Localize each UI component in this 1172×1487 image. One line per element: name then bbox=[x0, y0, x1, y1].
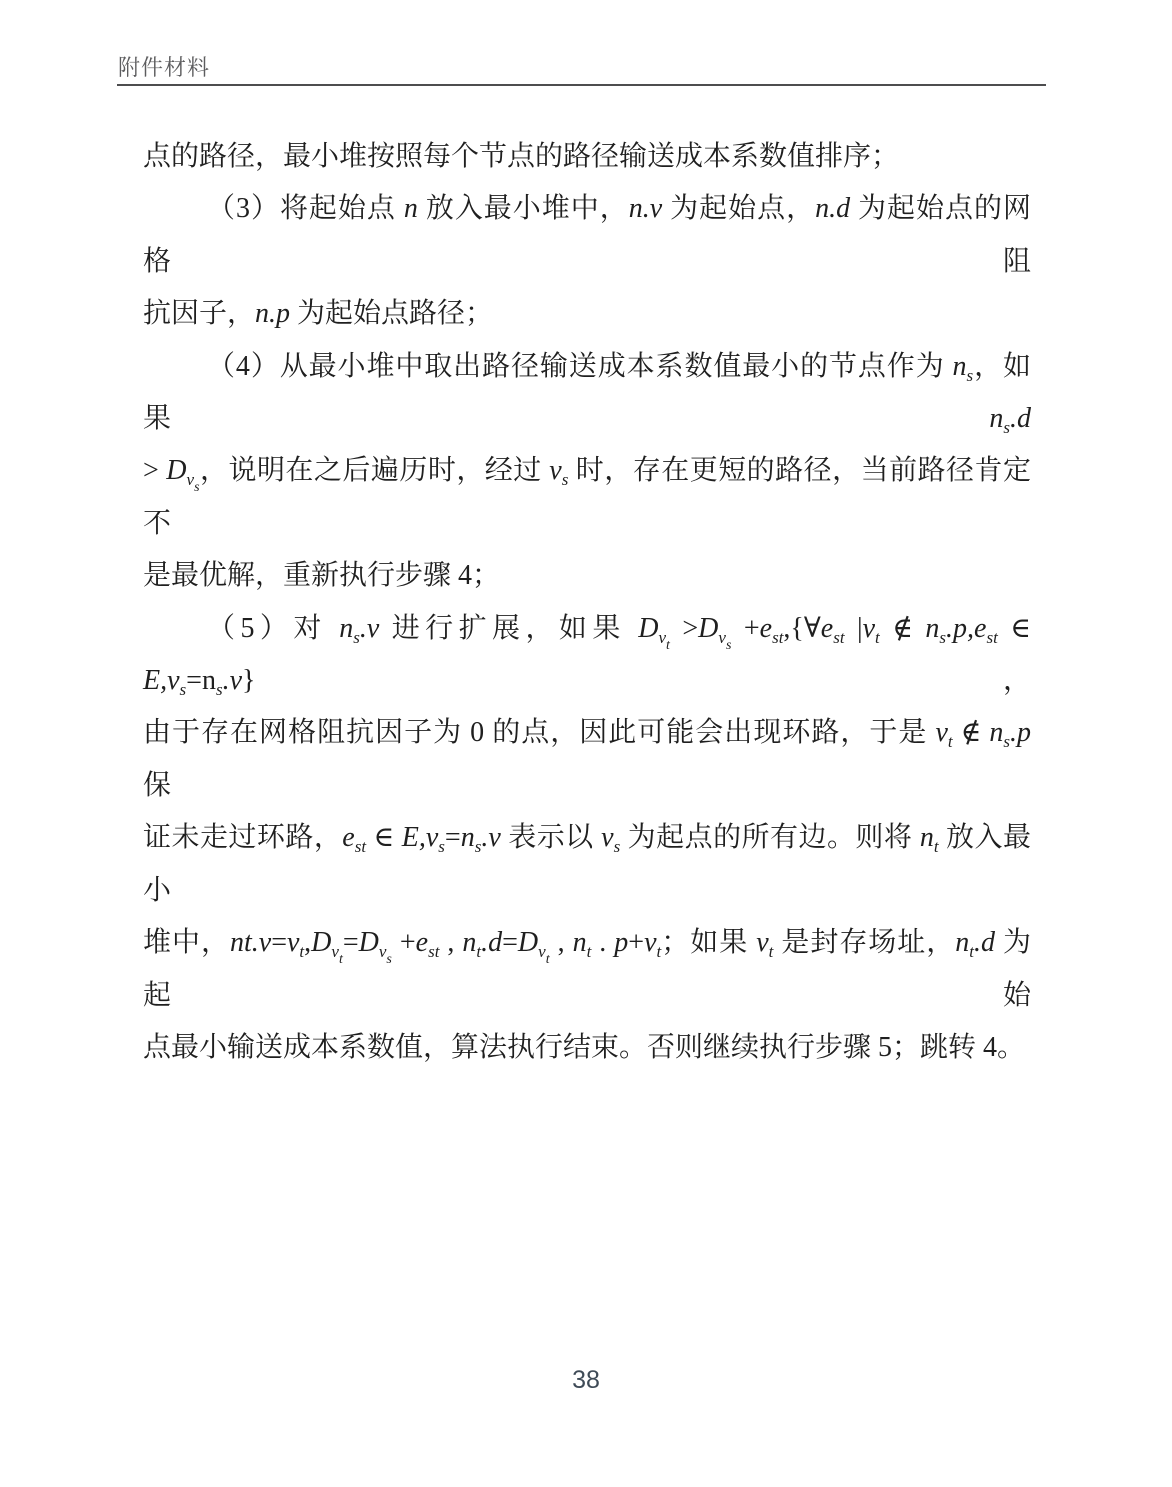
text-run: E,v bbox=[402, 822, 439, 853]
text-run: st bbox=[428, 942, 439, 961]
text-run: n bbox=[989, 403, 1003, 434]
text-run: . bbox=[591, 927, 614, 958]
page-number: 38 bbox=[0, 1366, 1172, 1395]
text-line: 由于存在网格阻抗因子为 0 的点，因此可能会出现环路，于是 vt ∉ ns.p … bbox=[143, 707, 1031, 812]
text-run: .d bbox=[974, 927, 995, 958]
text-run: e bbox=[342, 822, 354, 853]
text-line: 堆中，nt.v=vt,Dvt=Dvs +est , nt.d=Dvt , nt … bbox=[143, 917, 1031, 1022]
text-run: s bbox=[1003, 732, 1010, 751]
text-run: st bbox=[833, 628, 844, 647]
text-run: + bbox=[392, 927, 416, 958]
text-run: =n bbox=[186, 665, 216, 696]
text-run: n bbox=[462, 927, 476, 958]
text-run: n bbox=[989, 717, 1003, 748]
text-run: （3）将起始点 bbox=[207, 193, 404, 224]
text-run: n bbox=[955, 927, 969, 958]
text-run: n bbox=[404, 193, 418, 224]
text-line: > Dvs，说明在之后遍历时，经过 vs 时，存在更短的路径，当前路径肯定不 bbox=[143, 445, 1031, 550]
text-run: v bbox=[644, 927, 656, 958]
text-run: 是最优解，重新执行步骤 4； bbox=[143, 560, 500, 591]
text-run: v bbox=[549, 455, 561, 486]
text-run: .d bbox=[1010, 403, 1031, 434]
text-run: s bbox=[1003, 418, 1010, 437]
text-run: , bbox=[439, 927, 462, 958]
text-run: n.p bbox=[255, 298, 290, 329]
text-run: e bbox=[416, 927, 428, 958]
text-run: 由于存在网格阻抗因子为 0 的点，因此可能会出现环路，于是 bbox=[143, 717, 935, 748]
text-run: > bbox=[143, 455, 166, 486]
text-run: | bbox=[845, 613, 863, 644]
text-line: 抗因子，n.p 为起始点路径； bbox=[143, 288, 1031, 340]
text-run: 保 bbox=[143, 770, 171, 801]
text-run: n.d bbox=[815, 193, 850, 224]
text-line: （5）对 ns.v 进行扩展，如果 Dvt >Dvs +est,{∀est |v… bbox=[143, 603, 1031, 708]
text-line: （3）将起始点 n 放入最小堆中，n.v 为起始点，n.d 为起始点的网格阻 bbox=[143, 183, 1031, 288]
text-line: 证未走过环路，est ∈ E,vs=ns.v 表示以 vs 为起点的所有边。则将… bbox=[143, 812, 1031, 917]
text-run: v bbox=[187, 470, 195, 489]
header-rule bbox=[117, 84, 1046, 86]
text-run: s bbox=[353, 628, 360, 647]
text-run: ∉ bbox=[880, 613, 926, 644]
text-line: 是最优解，重新执行步骤 4； bbox=[143, 550, 1031, 602]
text-run: v bbox=[863, 613, 875, 644]
text-run: s bbox=[216, 680, 223, 699]
text-run: .p bbox=[1010, 717, 1031, 748]
text-run: （4）从最小堆中取出路径输送成本系数值最小的节点作为 bbox=[207, 351, 953, 382]
text-run: 是封存场址， bbox=[773, 927, 955, 958]
text-run: n bbox=[953, 351, 967, 382]
text-run: ∈ bbox=[998, 613, 1031, 644]
text-run: E,v bbox=[143, 665, 180, 696]
text-run: v bbox=[287, 927, 299, 958]
text-run: 点最小输送成本系数值，算法执行结束。否则继续执行步骤 5；跳转 4。 bbox=[143, 1032, 1025, 1063]
text-run: + bbox=[628, 927, 644, 958]
text-run: v bbox=[601, 822, 613, 853]
text-run: 为起始点， bbox=[662, 193, 815, 224]
text-run: D bbox=[311, 927, 331, 958]
text-run: 放入最小堆中， bbox=[418, 193, 629, 224]
text-run: st bbox=[986, 628, 997, 647]
text-run: D bbox=[698, 613, 718, 644]
text-run: v bbox=[659, 628, 667, 647]
text-line: （4）从最小堆中取出路径输送成本系数值最小的节点作为 ns，如果 ns.d bbox=[143, 341, 1031, 446]
text-run: + bbox=[731, 613, 759, 644]
text-run: 表示以 bbox=[501, 822, 601, 853]
text-run: .v bbox=[360, 613, 379, 644]
text-run: 点的路径，最小堆按照每个节点的路径输送成本系数值排序； bbox=[143, 141, 899, 172]
text-run: v bbox=[538, 942, 546, 961]
text-line: 点最小输送成本系数值，算法执行结束。否则继续执行步骤 5；跳转 4。 bbox=[143, 1022, 1031, 1074]
text-run: e bbox=[821, 613, 833, 644]
document-body: 点的路径，最小堆按照每个节点的路径输送成本系数值排序；（3）将起始点 n 放入最… bbox=[143, 131, 1031, 1074]
text-run: 证未走过环路， bbox=[143, 822, 342, 853]
text-run: 抗因子， bbox=[143, 298, 255, 329]
text-run: v bbox=[756, 927, 768, 958]
text-run: = bbox=[445, 822, 461, 853]
document-page: 附件材料 点的路径，最小堆按照每个节点的路径输送成本系数值排序；（3）将起始点 … bbox=[0, 0, 1172, 1487]
text-run: v bbox=[718, 628, 726, 647]
text-run: n.v bbox=[629, 193, 662, 224]
text-run: 堆中， bbox=[143, 927, 230, 958]
text-run: st bbox=[355, 837, 366, 856]
text-run: n bbox=[339, 613, 353, 644]
text-run: 为起始点路径； bbox=[290, 298, 493, 329]
text-run: v bbox=[331, 942, 339, 961]
text-run: 为起点的所有边。则将 bbox=[620, 822, 920, 853]
text-run: st bbox=[772, 628, 783, 647]
text-run: = bbox=[271, 927, 287, 958]
text-run: v bbox=[935, 717, 947, 748]
text-run: n bbox=[573, 927, 587, 958]
text-line: 点的路径，最小堆按照每个节点的路径输送成本系数值排序； bbox=[143, 131, 1031, 183]
text-run: .p,e bbox=[946, 613, 986, 644]
text-run: }， bbox=[242, 665, 1031, 696]
text-run: D bbox=[359, 927, 379, 958]
text-run: 进行扩展，如果 bbox=[379, 613, 638, 644]
text-run: ；如果 bbox=[661, 927, 756, 958]
text-run: .v bbox=[223, 665, 242, 696]
text-run: D bbox=[518, 927, 538, 958]
text-run: n bbox=[920, 822, 934, 853]
text-run: .v bbox=[481, 822, 500, 853]
text-run: = bbox=[343, 927, 359, 958]
text-run: ,{∀ bbox=[783, 613, 820, 644]
text-run: s bbox=[438, 837, 445, 856]
text-run: ，说明在之后遍历时，经过 bbox=[200, 455, 550, 486]
text-run: n bbox=[461, 822, 475, 853]
text-run: D bbox=[638, 613, 658, 644]
text-run: D bbox=[166, 455, 186, 486]
text-run: p bbox=[614, 927, 628, 958]
text-run: （5）对 bbox=[207, 613, 339, 644]
text-run: = bbox=[502, 927, 518, 958]
text-run: ∉ bbox=[953, 717, 990, 748]
text-run: ∈ bbox=[366, 822, 402, 853]
text-run: nt.v bbox=[230, 927, 271, 958]
text-run: > bbox=[670, 613, 698, 644]
text-run: .d bbox=[481, 927, 502, 958]
text-run: n bbox=[925, 613, 939, 644]
text-run: , bbox=[550, 927, 573, 958]
text-run: e bbox=[760, 613, 772, 644]
page-header-label: 附件材料 bbox=[118, 51, 210, 82]
